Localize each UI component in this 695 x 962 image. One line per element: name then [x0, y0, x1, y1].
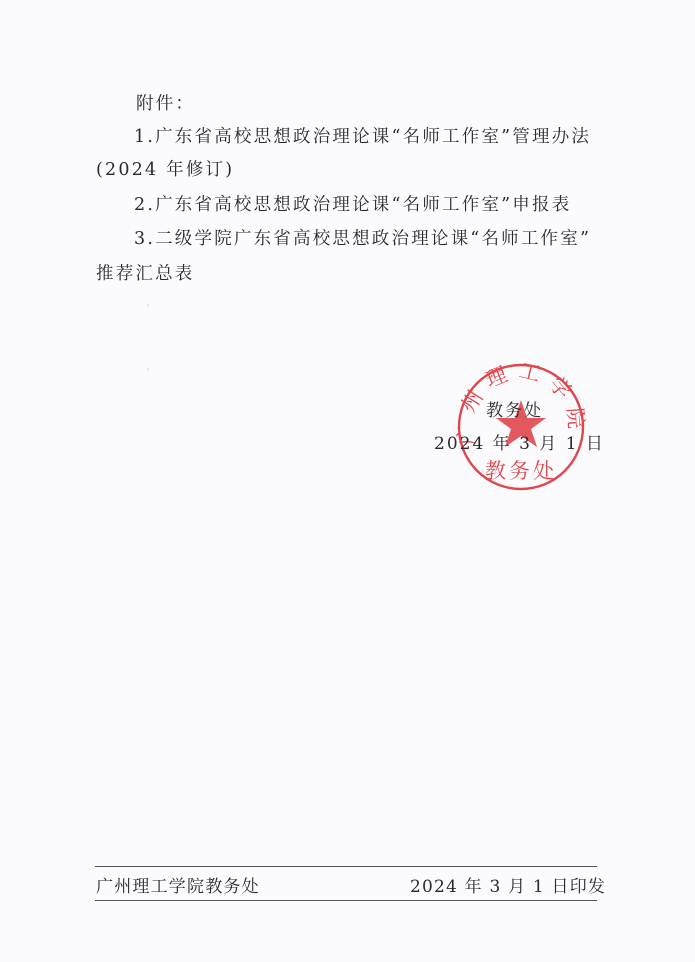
- attachment-item-1: 1.广东省高校思想政治理论课“名师工作室”管理办法: [134, 125, 591, 149]
- scan-artifact: ·: [146, 298, 150, 314]
- signature-date: 2024 年 3 月 1 日: [434, 433, 605, 455]
- footer-date-issued: 2024 年 3 月 1 日印发: [410, 876, 606, 898]
- attachment-item-2: 2.广东省高校思想政治理论课“名师工作室”申报表: [134, 193, 571, 217]
- footer-bottom-rule: [95, 900, 597, 901]
- seal-bottom-text: 教务处: [485, 459, 557, 483]
- footer-top-rule: [95, 866, 597, 867]
- footer-issuer: 广州理工学院教务处: [96, 876, 260, 898]
- attachments-heading: 附件：: [136, 92, 195, 116]
- attachment-item-1-continued: (2024 年修订): [96, 158, 234, 182]
- signature-issuer: 教务处: [486, 400, 543, 422]
- attachment-item-3-continued: 推荐汇总表: [96, 262, 195, 286]
- attachment-item-3: 3.二级学院广东省高校思想政治理论课“名师工作室”: [134, 227, 591, 251]
- scan-artifact: ·: [146, 362, 150, 378]
- official-seal-icon: 广州理工学院 教务处: [456, 362, 586, 492]
